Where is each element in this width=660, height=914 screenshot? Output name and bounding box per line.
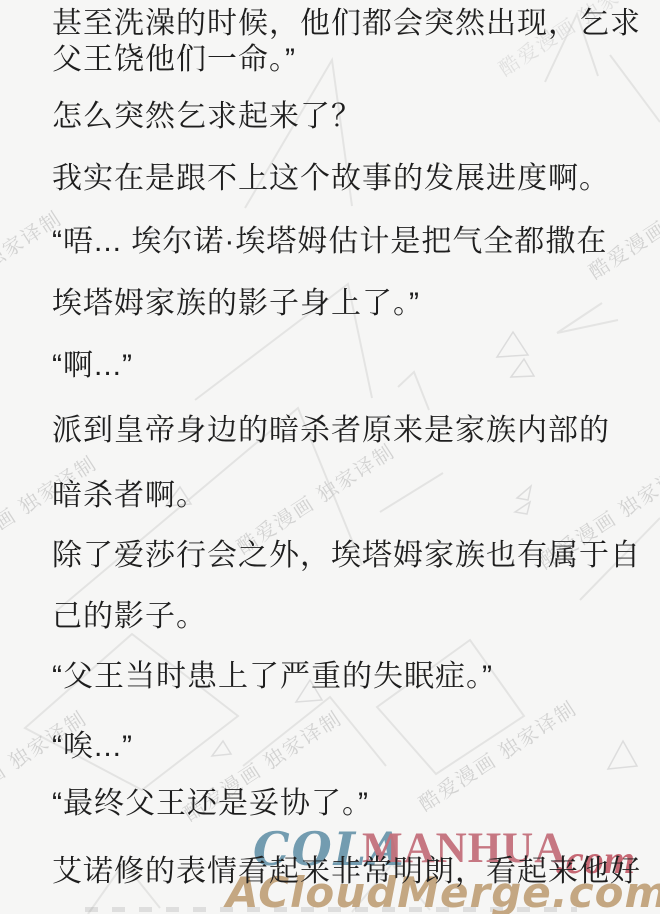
text-line: “啊...” bbox=[52, 350, 133, 382]
text-line: 怎么突然乞求起来了？ bbox=[52, 101, 362, 133]
text-line: 父王饶他们一命。” bbox=[52, 44, 296, 76]
manhua-novel-page: 酷爱漫画 独家译制 酷爱漫画 独家译制 酷爱漫画 独家译制 酷爱漫画 独家译制 … bbox=[0, 0, 660, 914]
text-line: “唔... 埃尔诺·埃塔姆估计是把气全都撒在 bbox=[52, 226, 607, 258]
text-line: 我实在是跟不上这个故事的发展进度啊。 bbox=[52, 163, 610, 195]
text-line: 暗杀者啊。 bbox=[52, 480, 207, 512]
background-line-shapes bbox=[0, 0, 660, 914]
text-line: 己的影子。 bbox=[52, 601, 207, 633]
text-line: 埃塔姆家族的影子身上了。” bbox=[52, 288, 420, 320]
text-line: 派到皇帝身边的暗杀者原来是家族内部的 bbox=[52, 415, 610, 447]
text-line: “最终父王还是妥协了。” bbox=[52, 788, 369, 820]
text-line: 艾诺修的表情看起来非常明朗，看起来他好 bbox=[52, 856, 641, 888]
text-line: “唉...” bbox=[52, 731, 133, 763]
text-line: 甚至洗澡的时候，他们都会突然出现，乞求 bbox=[52, 8, 641, 40]
text-line: “父王当时患上了严重的失眠症。” bbox=[52, 661, 493, 693]
text-line: 除了爱莎行会之外，埃塔姆家族也有属于自 bbox=[52, 540, 641, 572]
